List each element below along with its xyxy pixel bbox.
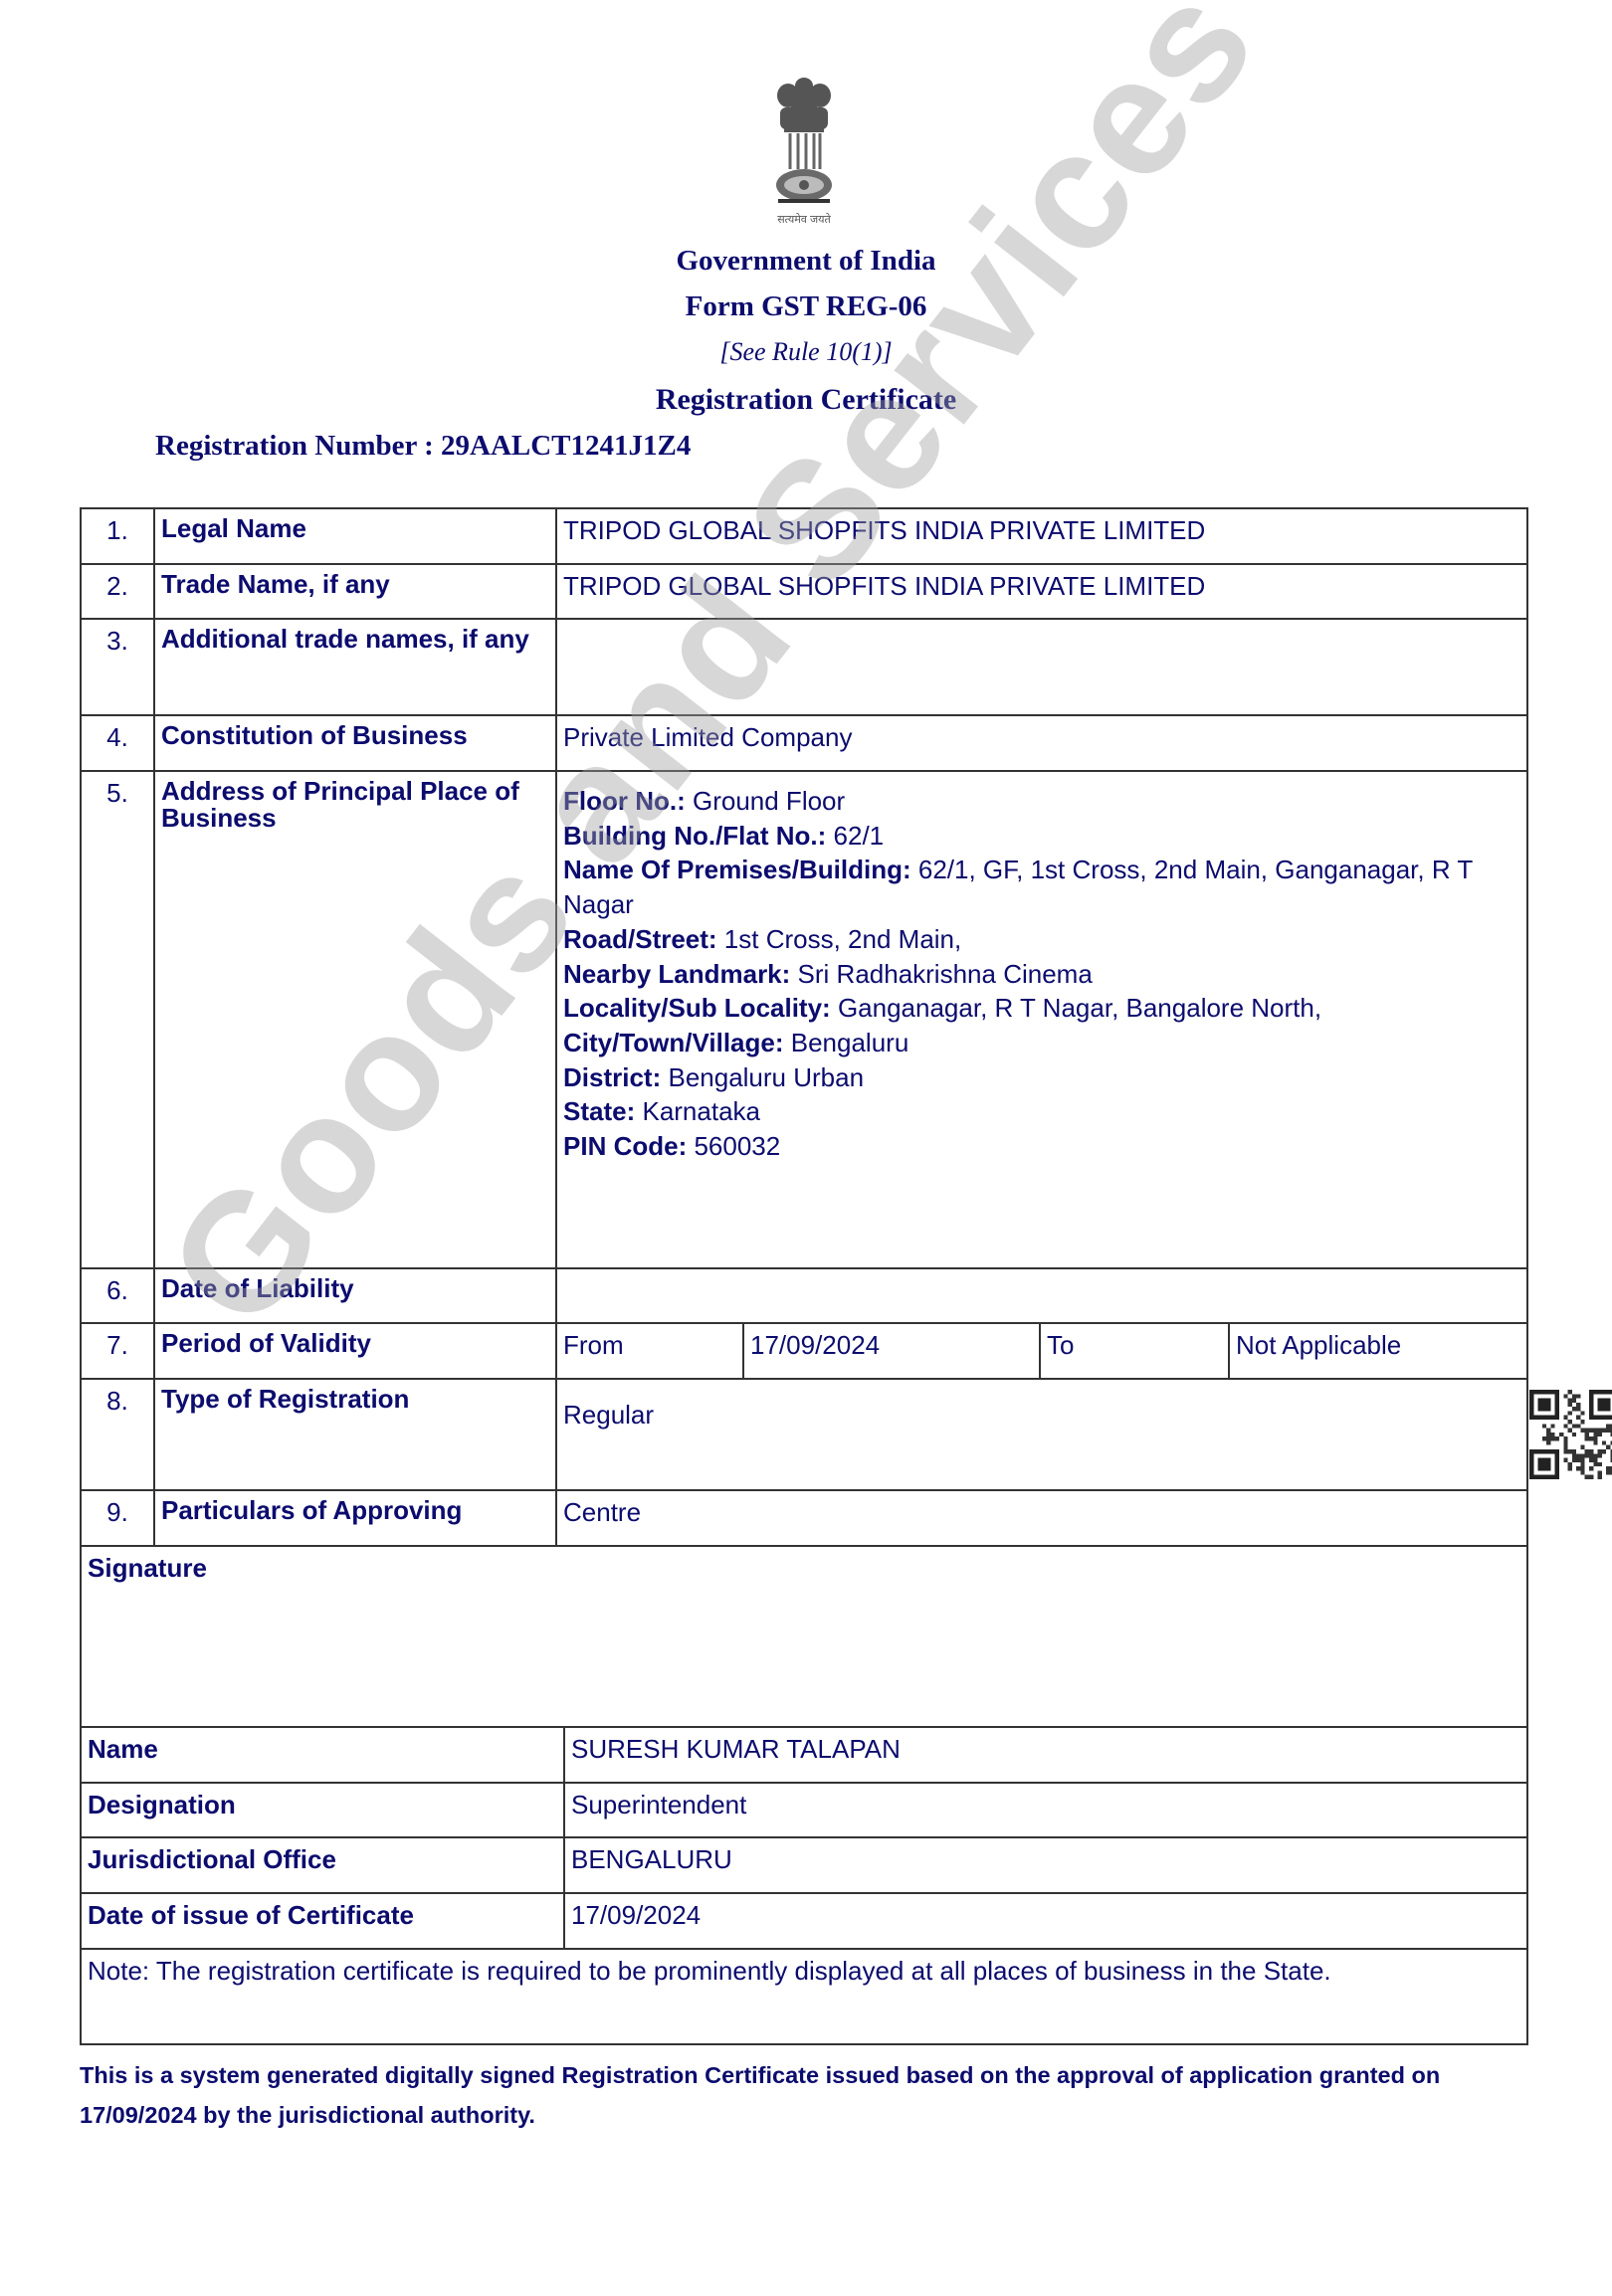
row-number: 6.: [80, 1269, 153, 1322]
row-number: 4.: [80, 716, 153, 770]
officer-name-value: SURESH KUMAR TALAPAN: [563, 1728, 1528, 1782]
validity-to-label: To: [1039, 1324, 1228, 1378]
row-label: Particulars of Approving: [153, 1491, 555, 1545]
government-heading: Government of India: [0, 245, 1612, 278]
table-row-type-of-registration: 8. Type of Registration Regular: [80, 1378, 1528, 1489]
row-label: Name: [80, 1728, 563, 1782]
emblem-motto: सत्यमेव जयते: [777, 213, 831, 226]
table-row-address: 5. Address of Principal Place of Busines…: [80, 770, 1528, 1267]
address-road: Road/Street: 1st Cross, 2nd Main,: [563, 922, 1520, 957]
table-row-approving-authority: 9. Particulars of Approving Centre: [80, 1489, 1528, 1545]
note-row: Note: The registration certificate is re…: [80, 1948, 1528, 2043]
table-row-date-of-issue: Date of issue of Certificate 17/09/2024: [80, 1892, 1528, 1948]
jurisdictional-office-value: BENGALURU: [563, 1838, 1528, 1892]
address-premises: Name Of Premises/Building: 62/1, GF, 1st…: [563, 853, 1520, 921]
validity-from-date: 17/09/2024: [742, 1324, 1039, 1378]
row-label: Type of Registration: [153, 1380, 555, 1489]
row-label: Jurisdictional Office: [80, 1838, 563, 1892]
national-emblem-icon: सत्यमेव जयते: [754, 72, 854, 231]
registration-number: Registration Number : 29AALCT1241J1Z4: [155, 430, 691, 463]
constitution-value: Private Limited Company: [555, 716, 1528, 770]
rule-reference: [See Rule 10(1)]: [0, 337, 1612, 367]
type-of-registration-cell: Regular: [555, 1380, 1528, 1489]
registration-number-value: 29AALCT1241J1Z4: [441, 430, 691, 462]
address-city: City/Town/Village: Bengaluru: [563, 1026, 1520, 1060]
validity-from-label: From: [555, 1324, 742, 1378]
row-number: 1.: [80, 509, 153, 563]
address-pin: PIN Code: 560032: [563, 1129, 1520, 1164]
type-of-registration-value: Regular: [563, 1400, 1520, 1430]
row-number: 2.: [80, 565, 153, 618]
address-district: District: Bengaluru Urban: [563, 1060, 1520, 1095]
table-row-constitution: 4. Constitution of Business Private Limi…: [80, 714, 1528, 770]
additional-trade-names-value: [555, 620, 1528, 714]
table-row-period-of-validity: 7. Period of Validity From 17/09/2024 To…: [80, 1322, 1528, 1378]
row-label: Trade Name, if any: [153, 565, 555, 618]
address-value: Floor No.: Ground Floor Building No./Fla…: [555, 772, 1528, 1267]
table-row-designation: Designation Superintendent: [80, 1782, 1528, 1836]
row-number: 9.: [80, 1491, 153, 1545]
approving-authority-value: Centre: [555, 1491, 1528, 1545]
date-of-liability-value: [555, 1269, 1528, 1322]
signature-label: Signature: [80, 1547, 1528, 1726]
address-state: State: Karnataka: [563, 1094, 1520, 1129]
form-heading: Form GST REG-06: [0, 290, 1612, 323]
validity-to-date: Not Applicable: [1228, 1324, 1528, 1378]
row-label: Date of Liability: [153, 1269, 555, 1322]
table-bottom-border: [80, 2043, 1528, 2045]
legal-name-value: TRIPOD GLOBAL SHOPFITS INDIA PRIVATE LIM…: [555, 509, 1528, 563]
row-label: Period of Validity: [153, 1324, 555, 1378]
address-landmark: Nearby Landmark: Sri Radhakrishna Cinema: [563, 957, 1520, 992]
table-row-jurisdictional-office: Jurisdictional Office BENGALURU: [80, 1836, 1528, 1892]
row-label: Address of Principal Place of Business: [153, 772, 555, 1267]
row-number: 8.: [80, 1380, 153, 1489]
address-building: Building No./Flat No.: 62/1: [563, 819, 1520, 854]
system-generated-note: This is a system generated digitally sig…: [80, 2055, 1532, 2135]
address-floor: Floor No.: Ground Floor: [563, 784, 1520, 819]
row-label: Designation: [80, 1784, 563, 1836]
row-label: Date of issue of Certificate: [80, 1894, 563, 1948]
table-row-date-of-liability: 6. Date of Liability: [80, 1267, 1528, 1322]
row-label: Additional trade names, if any: [153, 620, 555, 714]
page-title: Registration Certificate: [0, 383, 1612, 417]
table-row-trade-name: 2. Trade Name, if any TRIPOD GLOBAL SHOP…: [80, 563, 1528, 618]
signature-row: Signature: [80, 1545, 1528, 1726]
note-text: Note: The registration certificate is re…: [80, 1950, 1528, 2043]
address-locality: Locality/Sub Locality: Ganganagar, R T N…: [563, 991, 1520, 1026]
trade-name-value: TRIPOD GLOBAL SHOPFITS INDIA PRIVATE LIM…: [555, 565, 1528, 618]
row-number: 5.: [80, 772, 153, 1267]
designation-value: Superintendent: [563, 1784, 1528, 1836]
row-label: Legal Name: [153, 509, 555, 563]
registration-number-label: Registration Number :: [155, 430, 434, 462]
table-row-additional-trade-names: 3. Additional trade names, if any: [80, 618, 1528, 714]
table-row-officer-name: Name SURESH KUMAR TALAPAN: [80, 1726, 1528, 1782]
table-row-legal-name: 1. Legal Name TRIPOD GLOBAL SHOPFITS IND…: [80, 507, 1528, 563]
row-label: Constitution of Business: [153, 716, 555, 770]
date-of-issue-value: 17/09/2024: [563, 1894, 1528, 1948]
qr-code-icon: [1529, 1390, 1612, 1479]
row-number: 3.: [80, 620, 153, 714]
row-number: 7.: [80, 1324, 153, 1378]
